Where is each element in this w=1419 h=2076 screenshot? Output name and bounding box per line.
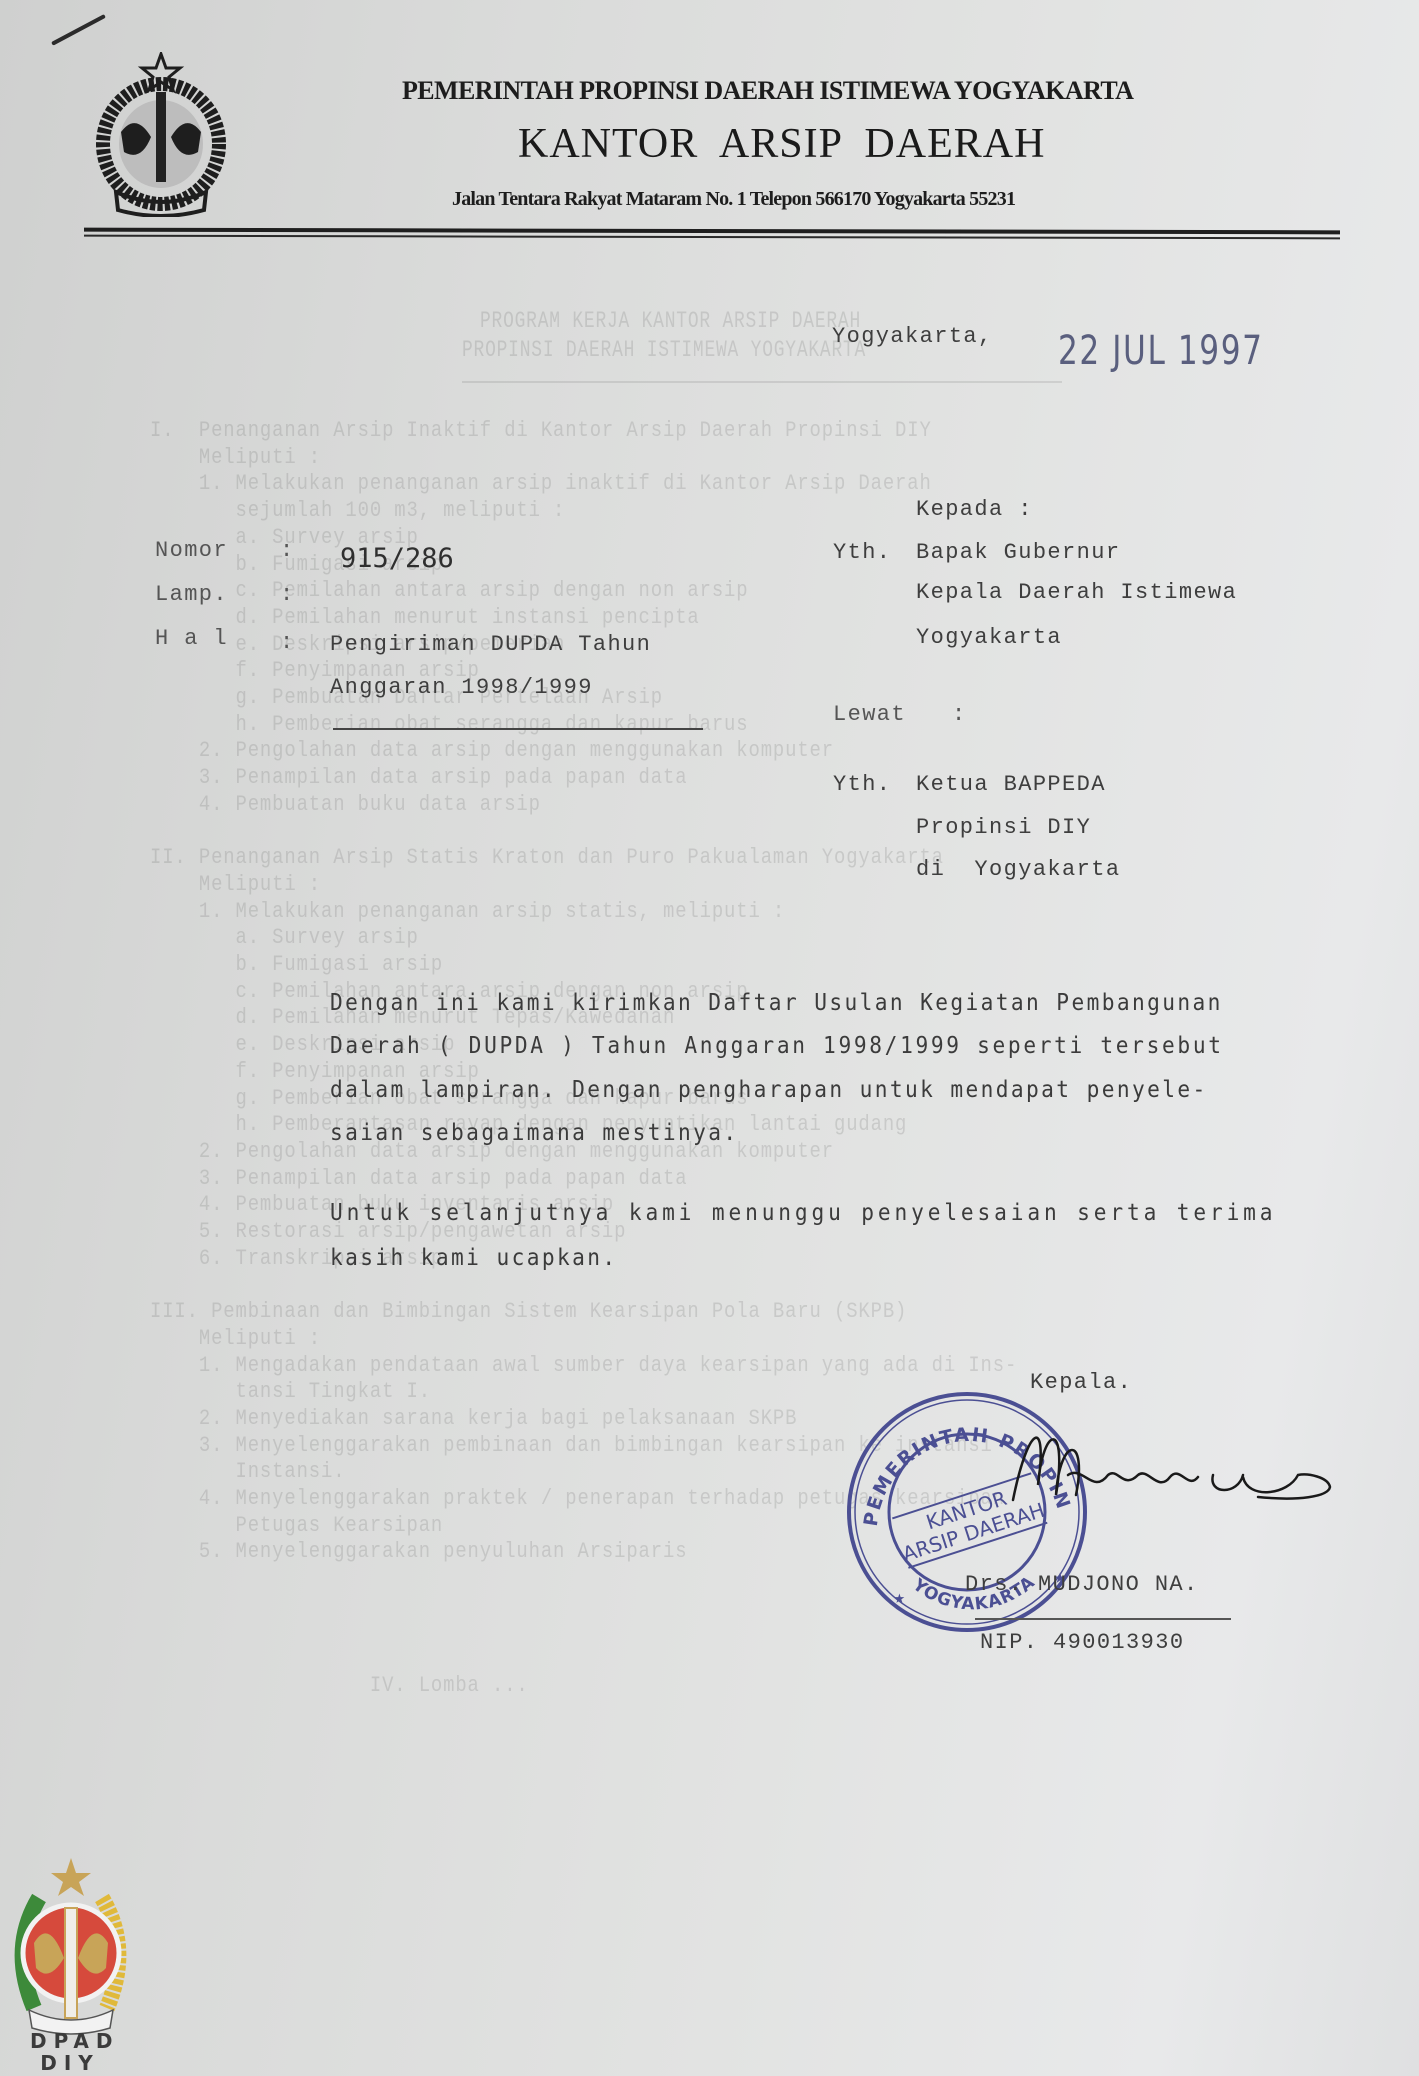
- dpad-diy-logo-icon: [4, 1858, 134, 2036]
- bleed-through-line: a. Survey arsip: [150, 925, 419, 950]
- watermark-line1: DPAD: [30, 2030, 110, 2052]
- bleed-through-line: 3. Penampilan data arsip pada papan data: [150, 765, 687, 790]
- lewat-separator: :: [952, 702, 967, 727]
- via-yth: Yth.: [833, 772, 891, 797]
- body-paragraph1-line4: saian sebagaimana mestinya.: [330, 1120, 739, 1146]
- bleed-through-line: Meliputi :: [150, 1326, 321, 1351]
- bleed-through-line: c. Pemilahan antara arsip dengan non ars…: [150, 578, 748, 603]
- recipient-line2: Kepala Daerah Istimewa: [916, 580, 1237, 605]
- kepada-label: Kepada :: [916, 497, 1033, 522]
- letterhead-government: PEMERINTAH PROPINSI DAERAH ISTIMEWA YOGY…: [402, 76, 1133, 106]
- bleed-through-line: tansi Tingkat I.: [150, 1379, 431, 1404]
- bleed-through-line: 1. Mengadakan pendataan awal sumber daya…: [150, 1353, 1017, 1378]
- body-paragraph2-line1: Untuk selanjutnya kami menunggu penyeles…: [330, 1200, 1276, 1226]
- hal-separator: :: [280, 630, 295, 655]
- body-paragraph1-line1: Dengan ini kami kirimkan Daftar Usulan K…: [330, 990, 1223, 1016]
- letterhead-office: KANTOR ARSIP DAERAH: [518, 120, 1045, 168]
- date-stamp: 22 JUL 1997: [1058, 328, 1264, 374]
- bleed-through-line: I. Penanganan Arsip Inaktif di Kantor Ar…: [150, 418, 932, 443]
- bleed-through-line: Meliputi :: [150, 445, 321, 470]
- bleed-through-line: h. Pemberian obat serangga dan kapur bar…: [150, 712, 748, 737]
- letterhead-address: Jalan Tentara Rakyat Mataram No. 1 Telep…: [452, 188, 1015, 211]
- bleed-through-line: 2. Menyediakan sarana kerja bagi pelaksa…: [150, 1406, 797, 1431]
- hal-value-line2: Anggaran 1998/1999: [330, 675, 593, 700]
- yogyakarta-coat-of-arms-icon: [96, 52, 226, 217]
- hal-underline: [333, 728, 703, 730]
- watermark-line2: DIY: [30, 2052, 110, 2074]
- body-paragraph1-line3: dalam lampiran. Dengan pengharapan untuk…: [330, 1077, 1208, 1103]
- bleed-through-line: III. Pembinaan dan Bimbingan Sistem Kear…: [150, 1299, 907, 1324]
- lewat-label: Lewat: [833, 702, 906, 727]
- pen-mark: [51, 14, 106, 46]
- bleed-through-line: sejumlah 100 m3, meliputi :: [150, 498, 565, 523]
- bleed-through-line: Petugas Kearsipan: [150, 1513, 443, 1538]
- bleed-through-rule: [462, 381, 1062, 383]
- handwritten-signature: [998, 1405, 1338, 1555]
- bleed-through-line: IV. Lomba ...: [150, 1673, 529, 1698]
- bleed-through-line: Instansi.: [150, 1459, 345, 1484]
- recipient-yth: Yth.: [833, 540, 891, 565]
- recipient-line3: Yogyakarta: [916, 625, 1062, 650]
- bleed-through-line: Meliputi :: [150, 872, 321, 897]
- bleed-through-title-2: PROPINSI DAERAH ISTIMEWA YOGYAKARTA: [462, 337, 866, 363]
- watermark-text: DPAD DIY: [30, 2030, 110, 2074]
- hal-value-line1: Pengiriman DUPDA Tahun: [330, 632, 651, 657]
- nomor-value: 915/286: [340, 543, 454, 574]
- lamp-label: Lamp.: [155, 582, 228, 607]
- bleed-through-line: 1. Melakukan penanganan arsip statis, me…: [150, 899, 785, 924]
- bleed-through-line: II. Penanganan Arsip Statis Kraton dan P…: [150, 845, 944, 870]
- bleed-through-line: d. Pemilahan menurut instansi pencipta: [150, 605, 700, 630]
- bleed-through-line: b. Fumigasi arsip: [150, 952, 443, 977]
- letterhead-rule-thick: [84, 228, 1340, 235]
- bleed-through-title-1: PROGRAM KERJA KANTOR ARSIP DAERAH: [480, 308, 861, 334]
- hal-label: H a l: [155, 626, 228, 651]
- body-paragraph1-line2: Daerah ( DUPDA ) Tahun Anggaran 1998/199…: [330, 1033, 1224, 1059]
- bleed-through-line: 5. Menyelenggarakan penyuluhan Arsiparis: [150, 1539, 687, 1564]
- signatory-name: Drs. MUDJONO NA.: [965, 1572, 1199, 1597]
- bleed-through-line: 3. Penampilan data arsip pada papan data: [150, 1166, 687, 1191]
- body-paragraph2-line2: kasih kami ucapkan.: [330, 1245, 618, 1271]
- signature-underline: [975, 1618, 1231, 1620]
- nomor-label: Nomor: [155, 538, 228, 563]
- bleed-through-line: 1. Melakukan penanganan arsip inaktif di…: [150, 471, 932, 496]
- signatory-nip: NIP. 490013930: [980, 1630, 1184, 1655]
- recipient-line1: Bapak Gubernur: [916, 540, 1120, 565]
- letterhead-rule-thin: [84, 235, 1340, 240]
- via-line1: Ketua BAPPEDA: [916, 772, 1106, 797]
- bleed-through-line: 4. Pembuatan buku data arsip: [150, 792, 541, 817]
- stamp-star-icon: ★: [894, 1589, 905, 1609]
- via-line3: di Yogyakarta: [916, 857, 1120, 882]
- nomor-separator: :: [280, 538, 295, 563]
- via-line2: Propinsi DIY: [916, 815, 1091, 840]
- bleed-through-line: 2. Pengolahan data arsip dengan mengguna…: [150, 738, 834, 763]
- place-label: Yogyakarta,: [832, 324, 993, 349]
- lamp-separator: :: [280, 582, 295, 607]
